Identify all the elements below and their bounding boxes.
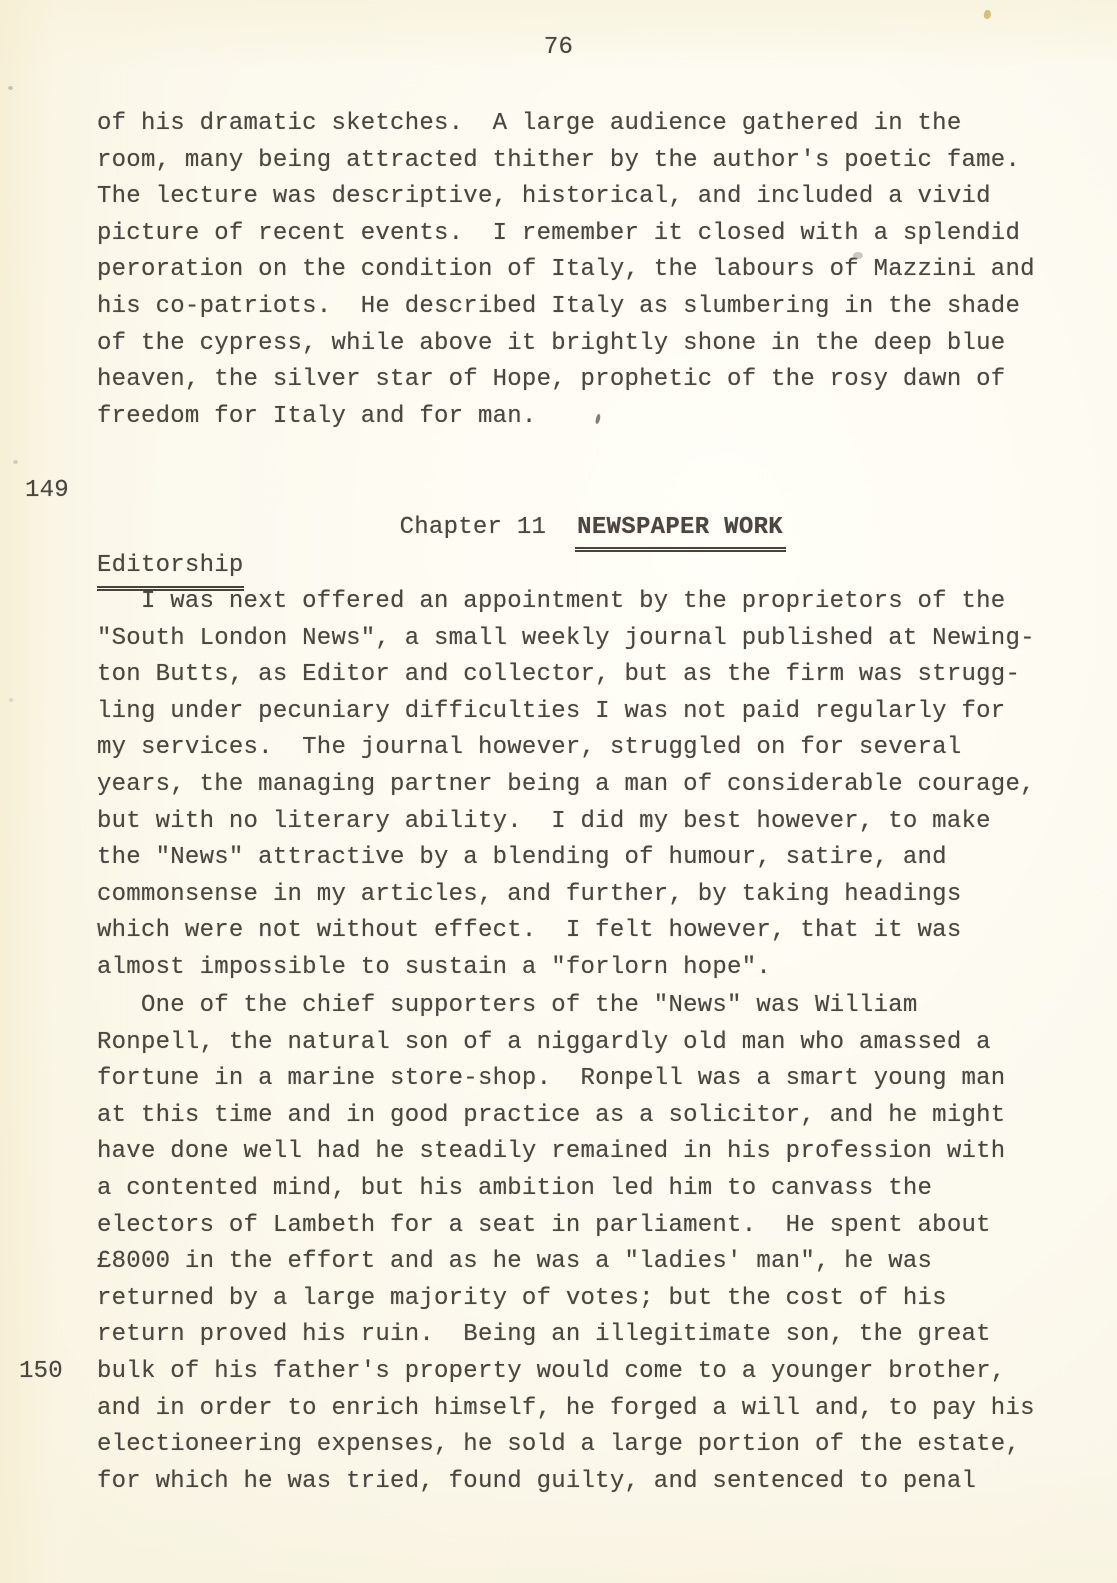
typed-line: freedom for Italy and for man.: [97, 399, 1035, 436]
typed-line: at this time and in good practice as a s…: [97, 1098, 1035, 1135]
typed-line: picture of recent events. I remember it …: [97, 216, 1035, 253]
typed-line: commonsense in my articles, and further,…: [97, 877, 1035, 914]
body-paragraph-2: I was next offered an appointment by the…: [97, 584, 1035, 987]
typed-line: for which he was tried, found guilty, an…: [97, 1464, 1035, 1501]
chapter-title: NEWSPAPER WORK: [575, 510, 786, 553]
typed-line: but with no literary ability. I did my b…: [97, 804, 1035, 841]
margin-note-150: 150: [19, 1354, 63, 1391]
margin-note-149: 149: [25, 473, 69, 510]
typed-line: return proved his ruin. Being an illegit…: [97, 1317, 1035, 1354]
typed-line: peroration on the condition of Italy, th…: [97, 252, 1035, 289]
section-heading: Editorship: [97, 548, 244, 585]
typed-line: returned by a large majority of votes; b…: [97, 1281, 1035, 1318]
scan-speck: [13, 460, 18, 464]
typed-line: the "News" attractive by a blending of h…: [97, 840, 1035, 877]
typed-line: which were not without effect. I felt ho…: [97, 913, 1035, 950]
typed-line: of the cypress, while above it brightly …: [97, 326, 1035, 363]
body-paragraph-1: of his dramatic sketches. A large audien…: [97, 106, 1035, 435]
typed-line: almost impossible to sustain a "forlorn …: [97, 950, 1035, 987]
scan-speck: [9, 698, 13, 702]
page-number: 76: [0, 30, 1117, 67]
typed-line: "South London News", a small weekly jour…: [97, 621, 1035, 658]
typed-line: of his dramatic sketches. A large audien…: [97, 106, 1035, 143]
scan-speck: [983, 9, 993, 20]
typed-line: electioneering expenses, he sold a large…: [97, 1427, 1035, 1464]
typed-line: I was next offered an appointment by the…: [97, 584, 1035, 621]
scanned-document-page: 76 of his dramatic sketches. A large aud…: [0, 0, 1117, 1583]
typed-line: room, many being attracted thither by th…: [97, 143, 1035, 180]
typed-line: £8000 in the effort and as he was a "lad…: [97, 1244, 1035, 1281]
typed-line: bulk of his father's property would come…: [97, 1354, 1035, 1391]
typed-line: One of the chief supporters of the "News…: [97, 988, 1035, 1025]
typed-line: his co-patriots. He described Italy as s…: [97, 289, 1035, 326]
typed-line: and in order to enrich himself, he forge…: [97, 1391, 1035, 1428]
typed-line: ling under pecuniary difficulties I was …: [97, 694, 1035, 731]
typed-line: heaven, the silver star of Hope, prophet…: [97, 362, 1035, 399]
typed-line: fortune in a marine store-shop. Ronpell …: [97, 1061, 1035, 1098]
typed-line: a contented mind, but his ambition led h…: [97, 1171, 1035, 1208]
scan-speck: [853, 252, 863, 259]
scan-speck: [8, 86, 13, 90]
typed-line: The lecture was descriptive, historical,…: [97, 179, 1035, 216]
typed-line: years, the managing partner being a man …: [97, 767, 1035, 804]
typed-line: have done well had he steadily remained …: [97, 1134, 1035, 1171]
typed-line: electors of Lambeth for a seat in parlia…: [97, 1208, 1035, 1245]
typed-line: Ronpell, the natural son of a niggardly …: [97, 1025, 1035, 1062]
chapter-number: Chapter 11: [400, 514, 547, 541]
typed-line: my services. The journal however, strugg…: [97, 730, 1035, 767]
body-paragraph-3: One of the chief supporters of the "News…: [97, 988, 1035, 1500]
chapter-heading: Chapter 11NEWSPAPER WORK: [341, 473, 783, 510]
typed-line: ton Butts, as Editor and collector, but …: [97, 657, 1035, 694]
